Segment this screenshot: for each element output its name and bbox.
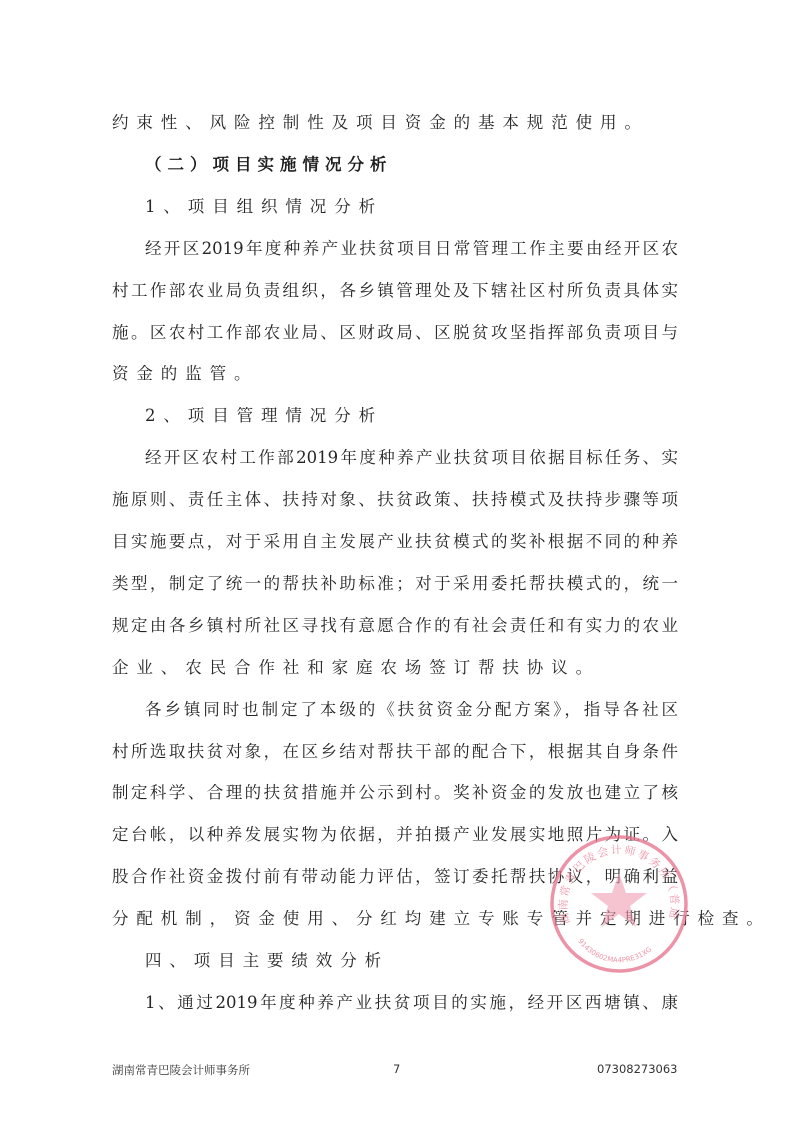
section-heading: 1、项目组织情况分析	[145, 197, 678, 217]
paragraph-line: 规定由各乡镇村所社区寻找有意愿合作的有社会责任和有实力的农业	[112, 616, 678, 636]
paragraph-line: 分配机制，资金使用、分红均建立专账专管并定期进行检查。	[112, 909, 678, 929]
paragraph-line: 各乡镇同时也制定了本级的《扶贫资金分配方案》，指导各社区	[145, 700, 678, 720]
paragraph-line: 制定科学、合理的扶贫措施并公示到村。奖补资金的发放也建立了核	[112, 783, 678, 803]
paragraph-line: 股合作社资金拨付前有带动能力评估，签订委托帮扶协议，明确利益	[112, 867, 678, 887]
paragraph-line: 定台帐，以种养发展实物为依据，并拍摄产业发展实地照片为证。入	[112, 825, 678, 845]
paragraph-line: 村工作部农业局负责组织，各乡镇管理处及下辖社区村所负责具体实	[112, 281, 678, 301]
paragraph-line: 企业、农民合作社和家庭农场签订帮扶协议。	[112, 658, 678, 678]
paragraph-line: 资金的监管。	[112, 364, 678, 384]
paragraph-line: 村所选取扶贫对象，在区乡结对帮扶干部的配合下，根据其自身条件	[112, 742, 678, 762]
paragraph-line: 类型，制定了统一的帮扶补助标准；对于采用委托帮扶模式的，统一	[112, 574, 678, 594]
section-heading: 2、项目管理情况分析	[145, 406, 678, 426]
section-heading: 四、项目主要绩效分析	[145, 951, 678, 971]
paragraph-line: 约束性、风险控制性及项目资金的基本规范使用。	[112, 113, 678, 133]
footer-firm-name: 湖南常青巴陵会计师事务所	[112, 1062, 250, 1078]
document-page: 约束性、风险控制性及项目资金的基本规范使用。（二）项目实施情况分析1、项目组织情…	[0, 0, 793, 1121]
paragraph-line: 施。区农村工作部农业局、区财政局、区脱贫攻坚指挥部负责项目与	[112, 323, 678, 343]
paragraph-line: 施原则、责任主体、扶持对象、扶贫政策、扶持模式及扶持步骤等项	[112, 490, 678, 510]
paragraph-line: 1、通过2019年度种养产业扶贫项目的实施，经开区西塘镇、康	[145, 993, 678, 1013]
paragraph-line: 目实施要点，对于采用自主发展产业扶贫模式的奖补根据不同的种养	[112, 532, 678, 552]
footer-page-number: 7	[393, 1062, 400, 1076]
paragraph-line: 经开区农村工作部2019年度种养产业扶贫项目依据目标任务、实	[145, 448, 678, 468]
paragraph-line: 经开区2019年度种养产业扶贫项目日常管理工作主要由经开区农	[145, 239, 678, 259]
section-heading: （二）项目实施情况分析	[145, 155, 678, 175]
footer-phone: 07308273063	[597, 1062, 677, 1076]
